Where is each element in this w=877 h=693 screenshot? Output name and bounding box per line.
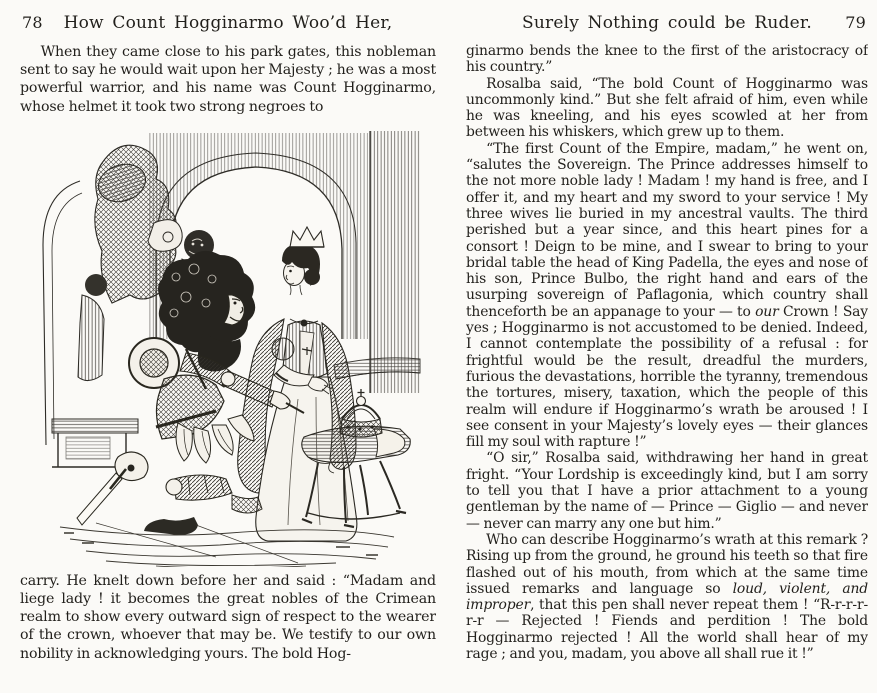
running-header-right: Surely Nothing could be Ruder. 79 [466, 12, 868, 34]
text-run: carry. He knelt down before her and said… [20, 573, 436, 662]
page-left: 78 How Count Hogginarmo Woo’d Her, When … [20, 0, 436, 693]
page-number-right: 79 [845, 13, 866, 32]
illustration-hogginarmo-kneeling [36, 127, 421, 567]
paragraph: “The first Count of the Empire, madam,” … [466, 141, 868, 451]
header-title-right: Surely Nothing could be Ruder. [466, 12, 868, 34]
paragraph: Rosalba said, “The bold Count of Hoggina… [466, 76, 868, 141]
paragraph: “O sir,” Rosalba said, withdrawing her h… [466, 450, 868, 531]
text-block-right: ginarmo bends the knee to the first of t… [466, 43, 868, 662]
text-run: Crown ! Say yes ; Hogginarmo is not accu… [466, 304, 868, 450]
paragraph: carry. He knelt down before her and said… [20, 572, 436, 663]
paragraph: Who can describe Hogginarmo’s wrath at t… [466, 532, 868, 662]
header-title-left: How Count Hogginarmo Woo’d Her, [20, 12, 436, 34]
italic-text: our [755, 304, 779, 320]
page-right: Surely Nothing could be Ruder. 79 ginarm… [466, 0, 868, 693]
text-run: “O sir,” Rosalba said, withdrawing her h… [466, 450, 868, 531]
text-run: Rosalba said, “The bold Count of Hoggina… [466, 76, 868, 141]
text-block-top: When they came close to his park gates, … [20, 43, 436, 116]
running-header-left: 78 How Count Hogginarmo Woo’d Her, [20, 12, 436, 34]
page-number-left: 78 [22, 13, 43, 32]
text-run: “The first Count of the Empire, madam,” … [466, 141, 868, 320]
text-run: When they came close to his park gates, … [20, 44, 436, 115]
paragraph: ginarmo bends the knee to the first of t… [466, 43, 868, 76]
text-run: ginarmo bends the knee to the first of t… [466, 43, 868, 75]
book-spread: 78 How Count Hogginarmo Woo’d Her, When … [0, 0, 877, 693]
paragraph: When they came close to his park gates, … [20, 43, 436, 116]
text-block-bottom: carry. He knelt down before her and said… [20, 572, 436, 663]
